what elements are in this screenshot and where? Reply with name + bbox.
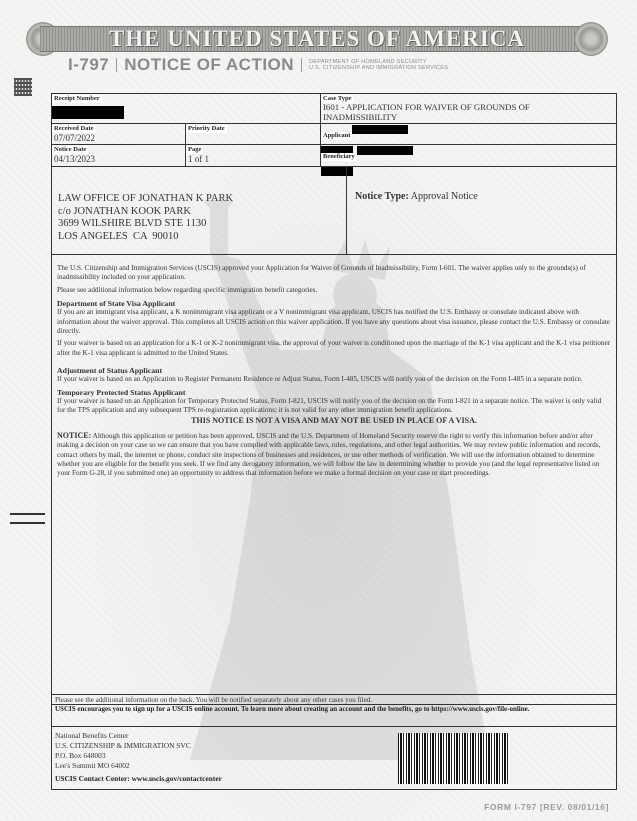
receipt-number-redacted [52,106,124,119]
aos-heading: Adjustment of Status Applicant [57,366,611,376]
banner-title: THE UNITED STATES OF AMERICA [62,26,572,52]
applicant-label: Applicant [321,132,352,140]
notice-type-label: Notice Type: [355,191,409,202]
office-line-3: P.O. Box 648003 [52,751,616,761]
header-divider [116,58,117,72]
beneficiary-label: Beneficiary [321,153,357,161]
office-row: National Benefits Center U.S. CITIZENSHI… [52,727,616,789]
form-id: I-797 [68,55,109,75]
notice-date-value: 04/13/2023 [52,154,185,164]
aos-paragraph: If your waiver is based on an Applicatio… [57,375,611,384]
address-line-3: 3699 WILSHIRE BLVD STE 1130 [58,218,233,231]
qr-code-icon [14,78,32,96]
receipt-number-cell: Receipt Number [52,94,321,124]
received-date-cell: Received Date 07/07/2022 [52,124,186,145]
contact-center: USCIS Contact Center: www.uscis.gov/cont… [52,774,616,783]
see-additional-paragraph: Please see additional information below … [57,286,611,295]
online-account-row: USCIS encourages you to sign up for a US… [52,705,616,727]
mailing-address-cell: LAW OFFICE OF JONATHAN K PARK c/o JONATH… [52,167,347,255]
notice-type: Notice Type: Approval Notice [355,191,478,202]
case-type-cell: Case Type I601 - APPLICATION FOR WAIVER … [321,94,617,124]
notice-label: NOTICE: [57,431,91,440]
page-label: Page [186,146,203,154]
form-revision: FORM I-797 [REV. 08/01/16] [484,802,609,812]
header-divider [301,58,302,72]
priority-date-label: Priority Date [186,125,227,133]
beneficiary-cell: Beneficiary [321,145,617,167]
mailing-address: LAW OFFICE OF JONATHAN K PARK c/o JONATH… [58,193,233,243]
priority-date-cell: Priority Date [186,124,321,145]
tps-heading: Temporary Protected Status Applicant [57,388,611,398]
agency-name: DEPARTMENT OF HOMELAND SECURITY U.S. CIT… [309,59,448,72]
rosette-ornament-icon [574,22,608,56]
notice-frame: Receipt Number Case Type I601 - APPLICAT… [51,93,617,790]
notice-type-value: Approval Notice [411,191,478,202]
online-account-text: USCIS encourages you to sign up for a US… [52,705,532,715]
page-cell: Page 1 of 1 [186,145,321,167]
case-type-value: I601 - APPLICATION FOR WAIVER OF GROUNDS… [321,103,541,122]
not-a-visa-warning: THIS NOTICE IS NOT A VISA AND MAY NOT BE… [57,416,611,425]
fold-mark [10,513,45,515]
tps-paragraph: If your waiver is based on an Applicatio… [57,397,611,416]
office-line-4: Lee's Summit MO 64002 [52,761,616,771]
notice-date-label: Notice Date [52,146,88,154]
barcode-icon [398,733,510,784]
banner: THE UNITED STATES OF AMERICA [22,22,612,56]
page-value: 1 of 1 [186,154,320,164]
agency-line-1: DEPARTMENT OF HOMELAND SECURITY [309,59,427,65]
office-line-1: National Benefits Center [52,731,616,741]
intro-paragraph: The U.S. Citizenship and Immigration Ser… [57,264,611,283]
back-info-row: Please see the additional information on… [52,694,616,705]
address-line-2: c/o JONATHAN KOOK PARK [58,206,233,219]
notice-body: The U.S. Citizenship and Immigration Ser… [57,264,611,482]
notice-date-cell: Notice Date 04/13/2023 [52,145,186,167]
address-line-1: LAW OFFICE OF JONATHAN K PARK [58,193,233,206]
office-line-2: U.S. CITIZENSHIP & IMMIGRATION SVC [52,741,616,751]
dos-heading: Department of State Visa Applicant [57,299,611,309]
k1-paragraph: If your waiver is based on an applicatio… [57,339,611,358]
form-header: I-797 NOTICE OF ACTION DEPARTMENT OF HOM… [68,55,448,75]
applicant-cell: Applicant [321,124,617,145]
received-date-label: Received Date [52,125,96,133]
notice-paragraph: NOTICE: Although this application or pet… [57,431,611,478]
office-address: National Benefits Center U.S. CITIZENSHI… [52,727,616,783]
applicant-redacted [352,125,408,134]
form-name: NOTICE OF ACTION [124,55,294,75]
dos-paragraph: If you are an immigrant visa applicant, … [57,308,611,336]
agency-line-2: U.S. CITIZENSHIP AND IMMIGRATION SERVICE… [309,65,448,71]
address-line-4: LOS ANGELES CA 90010 [58,231,233,244]
received-date-value: 07/07/2022 [52,133,185,143]
receipt-number-label: Receipt Number [52,95,102,103]
beneficiary-redacted [357,146,413,155]
fold-mark [10,522,45,524]
notice-type-cell: Notice Type: Approval Notice [347,167,617,255]
back-info-text: Please see the additional information on… [52,695,616,705]
notice-text: Although this application or petition ha… [57,432,600,477]
